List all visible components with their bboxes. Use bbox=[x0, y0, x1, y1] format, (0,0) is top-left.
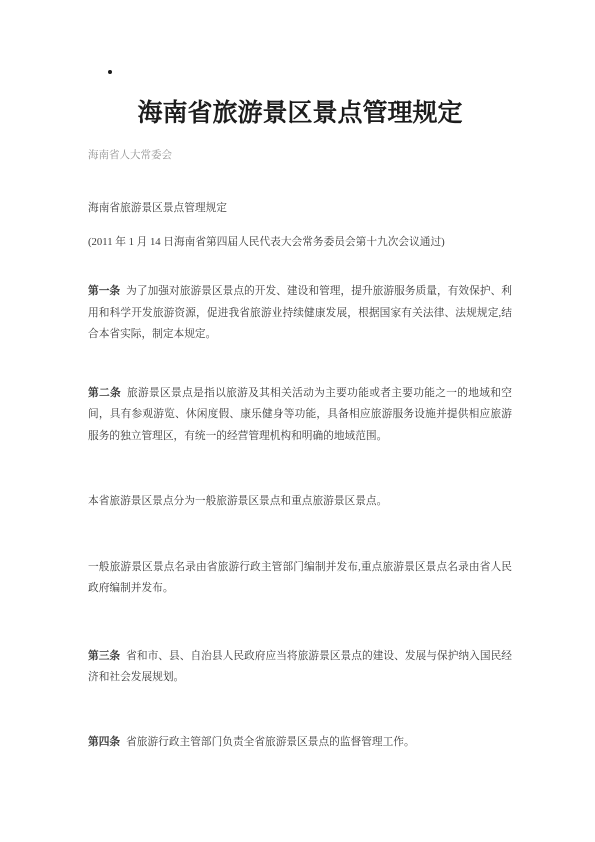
paragraph-text: 海南省旅游景区景点管理规定 bbox=[88, 202, 227, 214]
paragraph-text: 为了加强对旅游景区景点的开发、建设和管理，提升旅游服务质量，有效保护、利用和科学… bbox=[88, 285, 512, 340]
paragraph-article-2: 第二条旅游景区景点是指以旅游及其相关活动为主要功能或者主要功能之一的地域和空间，… bbox=[88, 383, 512, 448]
paragraph-article-1: 第一条为了加强对旅游景区景点的开发、建设和管理，提升旅游服务质量，有效保护、利用… bbox=[88, 281, 512, 346]
page-title: 海南省旅游景区景点管理规定 bbox=[88, 97, 512, 130]
paragraph-text: 省旅游行政主管部门负责全省旅游景区景点的监督管理工作。 bbox=[126, 736, 415, 748]
paragraph-classification: 本省旅游景区景点分为一般旅游景区景点和重点旅游景区景点。 bbox=[88, 491, 512, 513]
article-label: 第四条 bbox=[88, 736, 120, 748]
paragraph-text: 旅游景区景点是指以旅游及其相关活动为主要功能或者主要功能之一的地域和空间，具有参… bbox=[88, 387, 512, 442]
paragraph-adoption-date: (2011 年 1 月 14 日海南省第四届人民代表大会常务委员会第十九次会议通… bbox=[88, 232, 512, 254]
article-label: 第一条 bbox=[88, 285, 120, 297]
article-label: 第三条 bbox=[88, 650, 120, 662]
paragraph-catalog: 一般旅游景区景点名录由省旅游行政主管部门编制并发布,重点旅游景区景点名录由省人民… bbox=[88, 557, 512, 600]
article-label: 第二条 bbox=[88, 387, 121, 399]
document-content: 海南省旅游景区景点管理规定 海南省人大常委会 海南省旅游景区景点管理规定 (20… bbox=[88, 0, 512, 753]
paragraph-doc-name: 海南省旅游景区景点管理规定 bbox=[88, 198, 512, 220]
paragraph-text: (2011 年 1 月 14 日海南省第四届人民代表大会常务委员会第十九次会议通… bbox=[88, 236, 445, 248]
paragraph-article-3: 第三条省和市、县、自治县人民政府应当将旅游景区景点的建设、发展与保护纳入国民经济… bbox=[88, 646, 512, 689]
paragraph-text: 本省旅游景区景点分为一般旅游景区景点和重点旅游景区景点。 bbox=[88, 495, 387, 507]
source-label: 海南省人大常委会 bbox=[88, 148, 512, 163]
paragraph-text: 一般旅游景区景点名录由省旅游行政主管部门编制并发布,重点旅游景区景点名录由省人民… bbox=[88, 561, 512, 595]
paragraph-article-4: 第四条省旅游行政主管部门负责全省旅游景区景点的监督管理工作。 bbox=[88, 732, 512, 754]
document-page: 海南省旅游景区景点管理规定 海南省人大常委会 海南省旅游景区景点管理规定 (20… bbox=[0, 0, 595, 842]
paragraph-text: 省和市、县、自治县人民政府应当将旅游景区景点的建设、发展与保护纳入国民经济和社会… bbox=[88, 650, 512, 684]
